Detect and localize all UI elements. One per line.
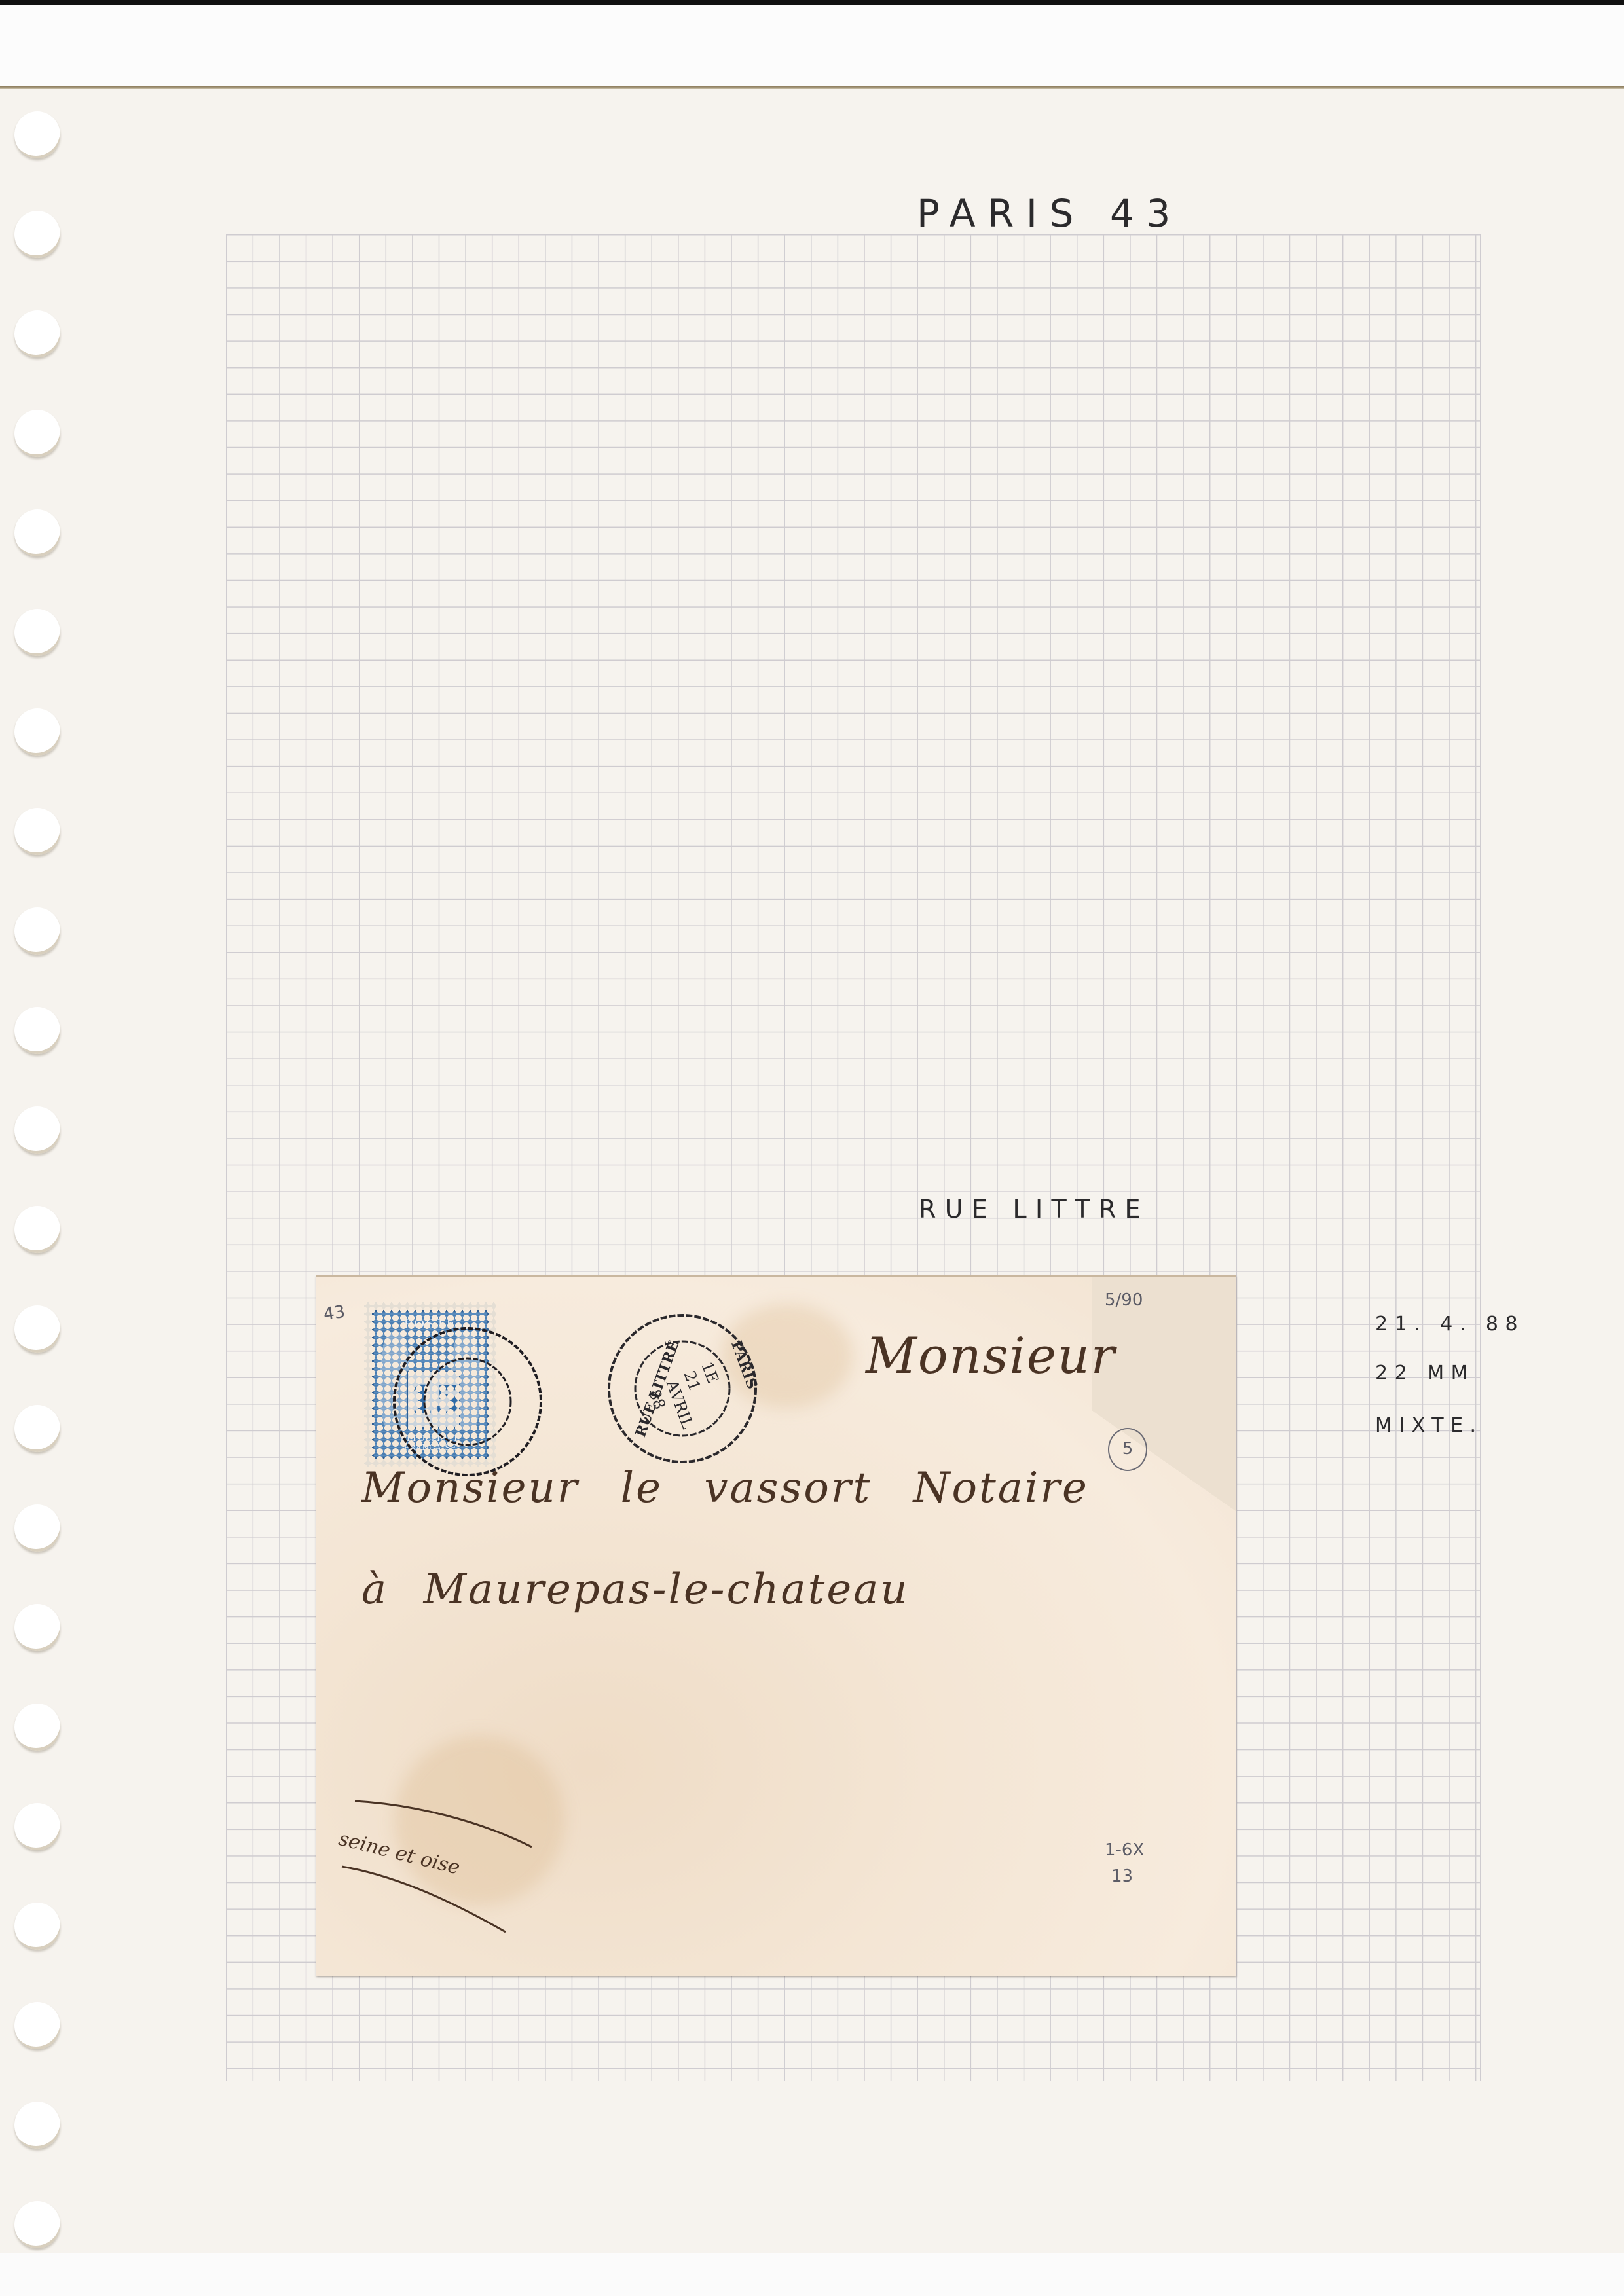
binder-hole	[14, 2201, 60, 2248]
binder-hole	[14, 907, 60, 955]
stamp-cancel-postmark	[394, 1328, 541, 1475]
note-size: 22 MM	[1375, 1362, 1475, 1385]
binder-hole	[14, 1803, 60, 1850]
address-recipient: Monsieur le vassort Notaire	[361, 1464, 1089, 1512]
binder-hole	[14, 2102, 60, 2149]
region-underline-bottom	[342, 1867, 506, 1932]
binder-hole	[14, 609, 60, 656]
binder-hole	[14, 211, 60, 258]
postal-cover: 43 5/90 5 1-6X 13 POSTE 15 REPUBLIQUE FR…	[316, 1275, 1236, 1976]
scanner-edge	[0, 0, 1624, 5]
binder-hole	[14, 1007, 60, 1054]
note-type: MIXTE.	[1375, 1414, 1483, 1437]
binder-hole	[14, 1305, 60, 1353]
section-label: RUE LITTRE	[919, 1195, 1149, 1224]
page-title: PARIS 43	[917, 191, 1183, 236]
address-salutation: Monsieur	[866, 1326, 1116, 1385]
binder-hole	[14, 410, 60, 457]
postmark-top-text: PARIS	[728, 1339, 761, 1392]
binder-hole	[14, 1106, 60, 1154]
binder-hole	[14, 1206, 60, 1253]
binder-hole	[14, 1604, 60, 1651]
binder-hole	[14, 1405, 60, 1452]
scanner-margin	[0, 5, 1624, 89]
scanner-margin-bottom	[0, 2253, 1624, 2296]
binder-hole	[14, 708, 60, 756]
binder-hole	[14, 1903, 60, 1950]
binder-hole	[14, 111, 60, 158]
binder-hole	[14, 509, 60, 556]
binder-hole	[14, 1704, 60, 1751]
address-town: à Maurepas-le-chateau	[361, 1565, 910, 1614]
binder-hole	[14, 808, 60, 855]
note-date: 21. 4. 88	[1375, 1313, 1524, 1336]
binder-hole	[14, 2002, 60, 2049]
binder-hole	[14, 1504, 60, 1552]
binder-hole	[14, 310, 60, 357]
